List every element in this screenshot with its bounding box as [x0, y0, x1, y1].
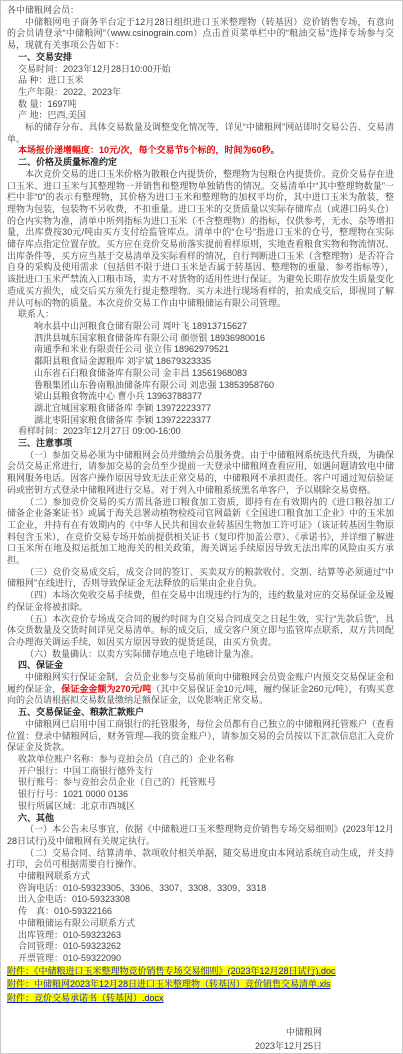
origin-line: 产 地：巴西,美国: [18, 110, 394, 122]
bank-name-line: 开户银行：中国工商银行德外支行: [18, 766, 394, 778]
account-name-line: 收款单位账户名称：参与竞拍会员（自己的）企业名称: [18, 754, 394, 766]
csinograin-contact-title: 中储粮网联系方式: [18, 871, 394, 883]
section-6-heading: 六、其他: [18, 813, 394, 825]
notice-item-6: （六）数量确认：以卖方实际储存地点电子地磅计量为准。: [7, 649, 394, 661]
fund-phone-line: 出入金电话：010-59323308: [18, 894, 394, 906]
distribution-note: 标的储存分布、具体交易数量及调整变化情况等，详见“中储粮网”网站即时交易公告、交…: [7, 122, 394, 145]
notice-item-2: （二）参加竞价交易的买方需具备进口粮食加工资质，即持有在有效期内的《进口粮谷加工…: [7, 497, 394, 567]
attachment-row: 附件：竞价交易承诺书（转基因）.docx: [7, 993, 394, 1005]
attachment-link-rules[interactable]: 附件：《中储粮进口玉米整理物竞价销售专场交易细则》(2023年12月28日试行)…: [7, 966, 336, 976]
other-item-2: （二）交易合同、结算清单、款项收付相关单据，随交易进度由本网站系统自动生成，并支…: [7, 848, 394, 871]
contract-phone-line: 合同管理：010-59323262: [18, 941, 394, 953]
contact-row: 湖北宜城国家粮食储备库 李颖 13972223377: [34, 403, 394, 415]
contacts-label: 联系人：: [18, 309, 394, 321]
deposit-paragraph: 中储粮网实行保证金制，会员企业参与交易前须向中储粮网会员资金账户内预交交易保证金…: [7, 672, 394, 707]
bid-increment-notice: 本场报价递增幅度：10元/次，每个交易节5个标的，时间为60秒。: [18, 145, 394, 157]
invoice-phone-line: 开票管理：010-59322090: [18, 953, 394, 965]
outbound-phone-line: 出库管理：010-59323263: [18, 930, 394, 942]
announcement-document: 各中储粮网会员： 中储粮网电子商务平台定于12月28日组织进口玉米整理物（转基因…: [0, 0, 403, 1054]
production-year-line: 生产年限：2022、2023年: [18, 87, 394, 99]
variety-line: 品 种：进口玉米: [18, 75, 394, 87]
contact-row: 响水县中山河粮食仓储有限公司 周叶飞 18913715627: [34, 321, 394, 333]
signature-org: 中储粮网: [7, 1026, 322, 1040]
intro-paragraph: 中储粮网电子商务平台定于12月28日组织进口玉米整理物（转基因）竞价销售专场，有…: [7, 17, 394, 52]
contact-row: 山东省石臼粮食储备库有限公司 金丰昌 13561968083: [34, 368, 394, 380]
section-2-heading: 二、价格及质量标准约定: [18, 157, 394, 169]
attachment-link-commitment[interactable]: 附件：竞价交易承诺书（转基因）.docx: [7, 993, 164, 1003]
storage-company-contact-title: 中储粮储运有限公司联系方式: [18, 918, 394, 930]
salutation: 各中储粮网会员：: [7, 5, 394, 17]
notice-item-5: （五）本次竞价专场成交合同的履约时间为自交易合同成交之日起生效，实行“先款后货”…: [7, 614, 394, 649]
contact-row: 鲁粮集团山东鲁南粮油储备库有限公司 刘忠强 13853958760: [34, 380, 394, 392]
section-4-heading: 四、保证金: [18, 660, 394, 672]
attachment-row: 附件：中储粮网2023年12月28日进口玉米整理物（转基因）竞价销售交易清单.x…: [7, 979, 394, 991]
section-1-heading: 一、交易安排: [18, 52, 394, 64]
signature-block: 中储粮网 2023年12月25日: [7, 1026, 394, 1053]
fax-line: 传 真：010-59322166: [18, 906, 394, 918]
contact-row: 湖北枣阳国家粮食储备库 李颖 13972223377: [34, 415, 394, 427]
other-item-1: （一）本公告未尽事宜，依据《中储粮进口玉米整理物竞价销售专场交易细则》(2023…: [7, 824, 394, 847]
section-5-heading: 五、交易保证金、粮款汇款账户: [18, 707, 394, 719]
quantity-line: 数 量：1697吨: [18, 99, 394, 111]
attachment-row: 附件：《中储粮进口玉米整理物竞价销售专场交易细则》(2023年12月28日试行)…: [7, 966, 394, 978]
notice-item-4: （四）本场次免收交易手续费，但在交易中出现违约行为的，违约数量对应的交易保证金及…: [7, 590, 394, 613]
trade-time-line: 交易时间：2023年12月28日10:00开始: [18, 64, 394, 76]
contact-row: 泗洪县城东国家粮食储备库有限公司 颜崇银 18936980016: [34, 333, 394, 345]
account-number-line: 银行账号：参与竞拍会员企业（自己的）托管账号: [18, 777, 394, 789]
contact-row: 梁山县粮食物流中心 曹小兵 13963788377: [34, 391, 394, 403]
attachment-link-trade-list[interactable]: 附件：中储粮网2023年12月28日进口玉米整理物（转基因）竞价销售交易清单.x…: [7, 979, 331, 989]
price-quality-paragraph: 本次竞价交易的进口玉米价格为散粮仓内提货价，整理物为包粮仓内提货价。竞价交易存在…: [7, 169, 394, 309]
escrow-paragraph: 中储粮网已启用中国工商银行的托管服务，每位会员都有自己独立的中储粮网托管账户（查…: [7, 719, 394, 754]
signature-date: 2023年12月25日: [7, 1040, 322, 1054]
notice-item-1: （一）参加交易必须为中储粮网会员并缴纳会员服务费。由于中储粮网系统迭代升级，为确…: [7, 450, 394, 497]
contact-row: 鄱阳县粮食局金源粮库 刘宇斌 18679323335: [34, 356, 394, 368]
notice-item-3: （三）竞价交易成交后，成交合同的签订、买卖双方的粮款收付、交割、结算等必须通过“…: [7, 567, 394, 590]
bank-region-line: 银行所属区域：北京市西城区: [18, 801, 394, 813]
consult-phone-line: 咨询电话：010-59323305、3306、3307、3308、3309、33…: [18, 883, 394, 895]
contact-row: 南通季和米业有限责任公司 张立伟 18962979521: [34, 344, 394, 356]
sample-time-line: 看样时间：2023年12月27日 09:00-16:00: [18, 426, 394, 438]
deposit-amount-highlight: 保证金金额为270元/吨: [61, 684, 151, 694]
bank-code-line: 银行行号：1021 0000 0136: [18, 789, 394, 801]
section-3-heading: 三、注意事项: [18, 438, 394, 450]
